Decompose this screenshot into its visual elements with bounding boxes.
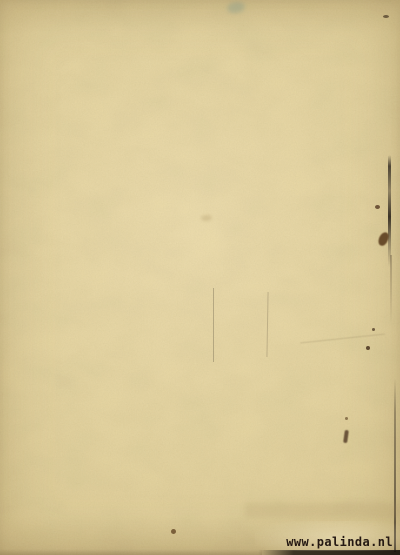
stain [343, 430, 349, 443]
stain [171, 529, 176, 534]
watermark-text: www.palinda.nl [286, 535, 393, 549]
stain [226, 1, 246, 15]
stain [375, 205, 380, 209]
stain [383, 15, 389, 18]
stain [300, 334, 385, 344]
stain [366, 346, 370, 350]
paper-blotch-texture [0, 0, 400, 555]
paper-grain-texture [0, 0, 400, 555]
stain [372, 328, 375, 331]
scanned-page: www.palinda.nl [0, 0, 400, 555]
stain [201, 215, 212, 222]
bottom-edge-shadow [0, 549, 262, 555]
scan-edge-line [390, 255, 392, 325]
scan-edge-line [388, 155, 391, 267]
stain [345, 417, 348, 420]
paper-shade-band [245, 503, 400, 518]
stain [213, 288, 214, 362]
paper-fleck-texture [0, 0, 400, 555]
stain [266, 292, 268, 357]
